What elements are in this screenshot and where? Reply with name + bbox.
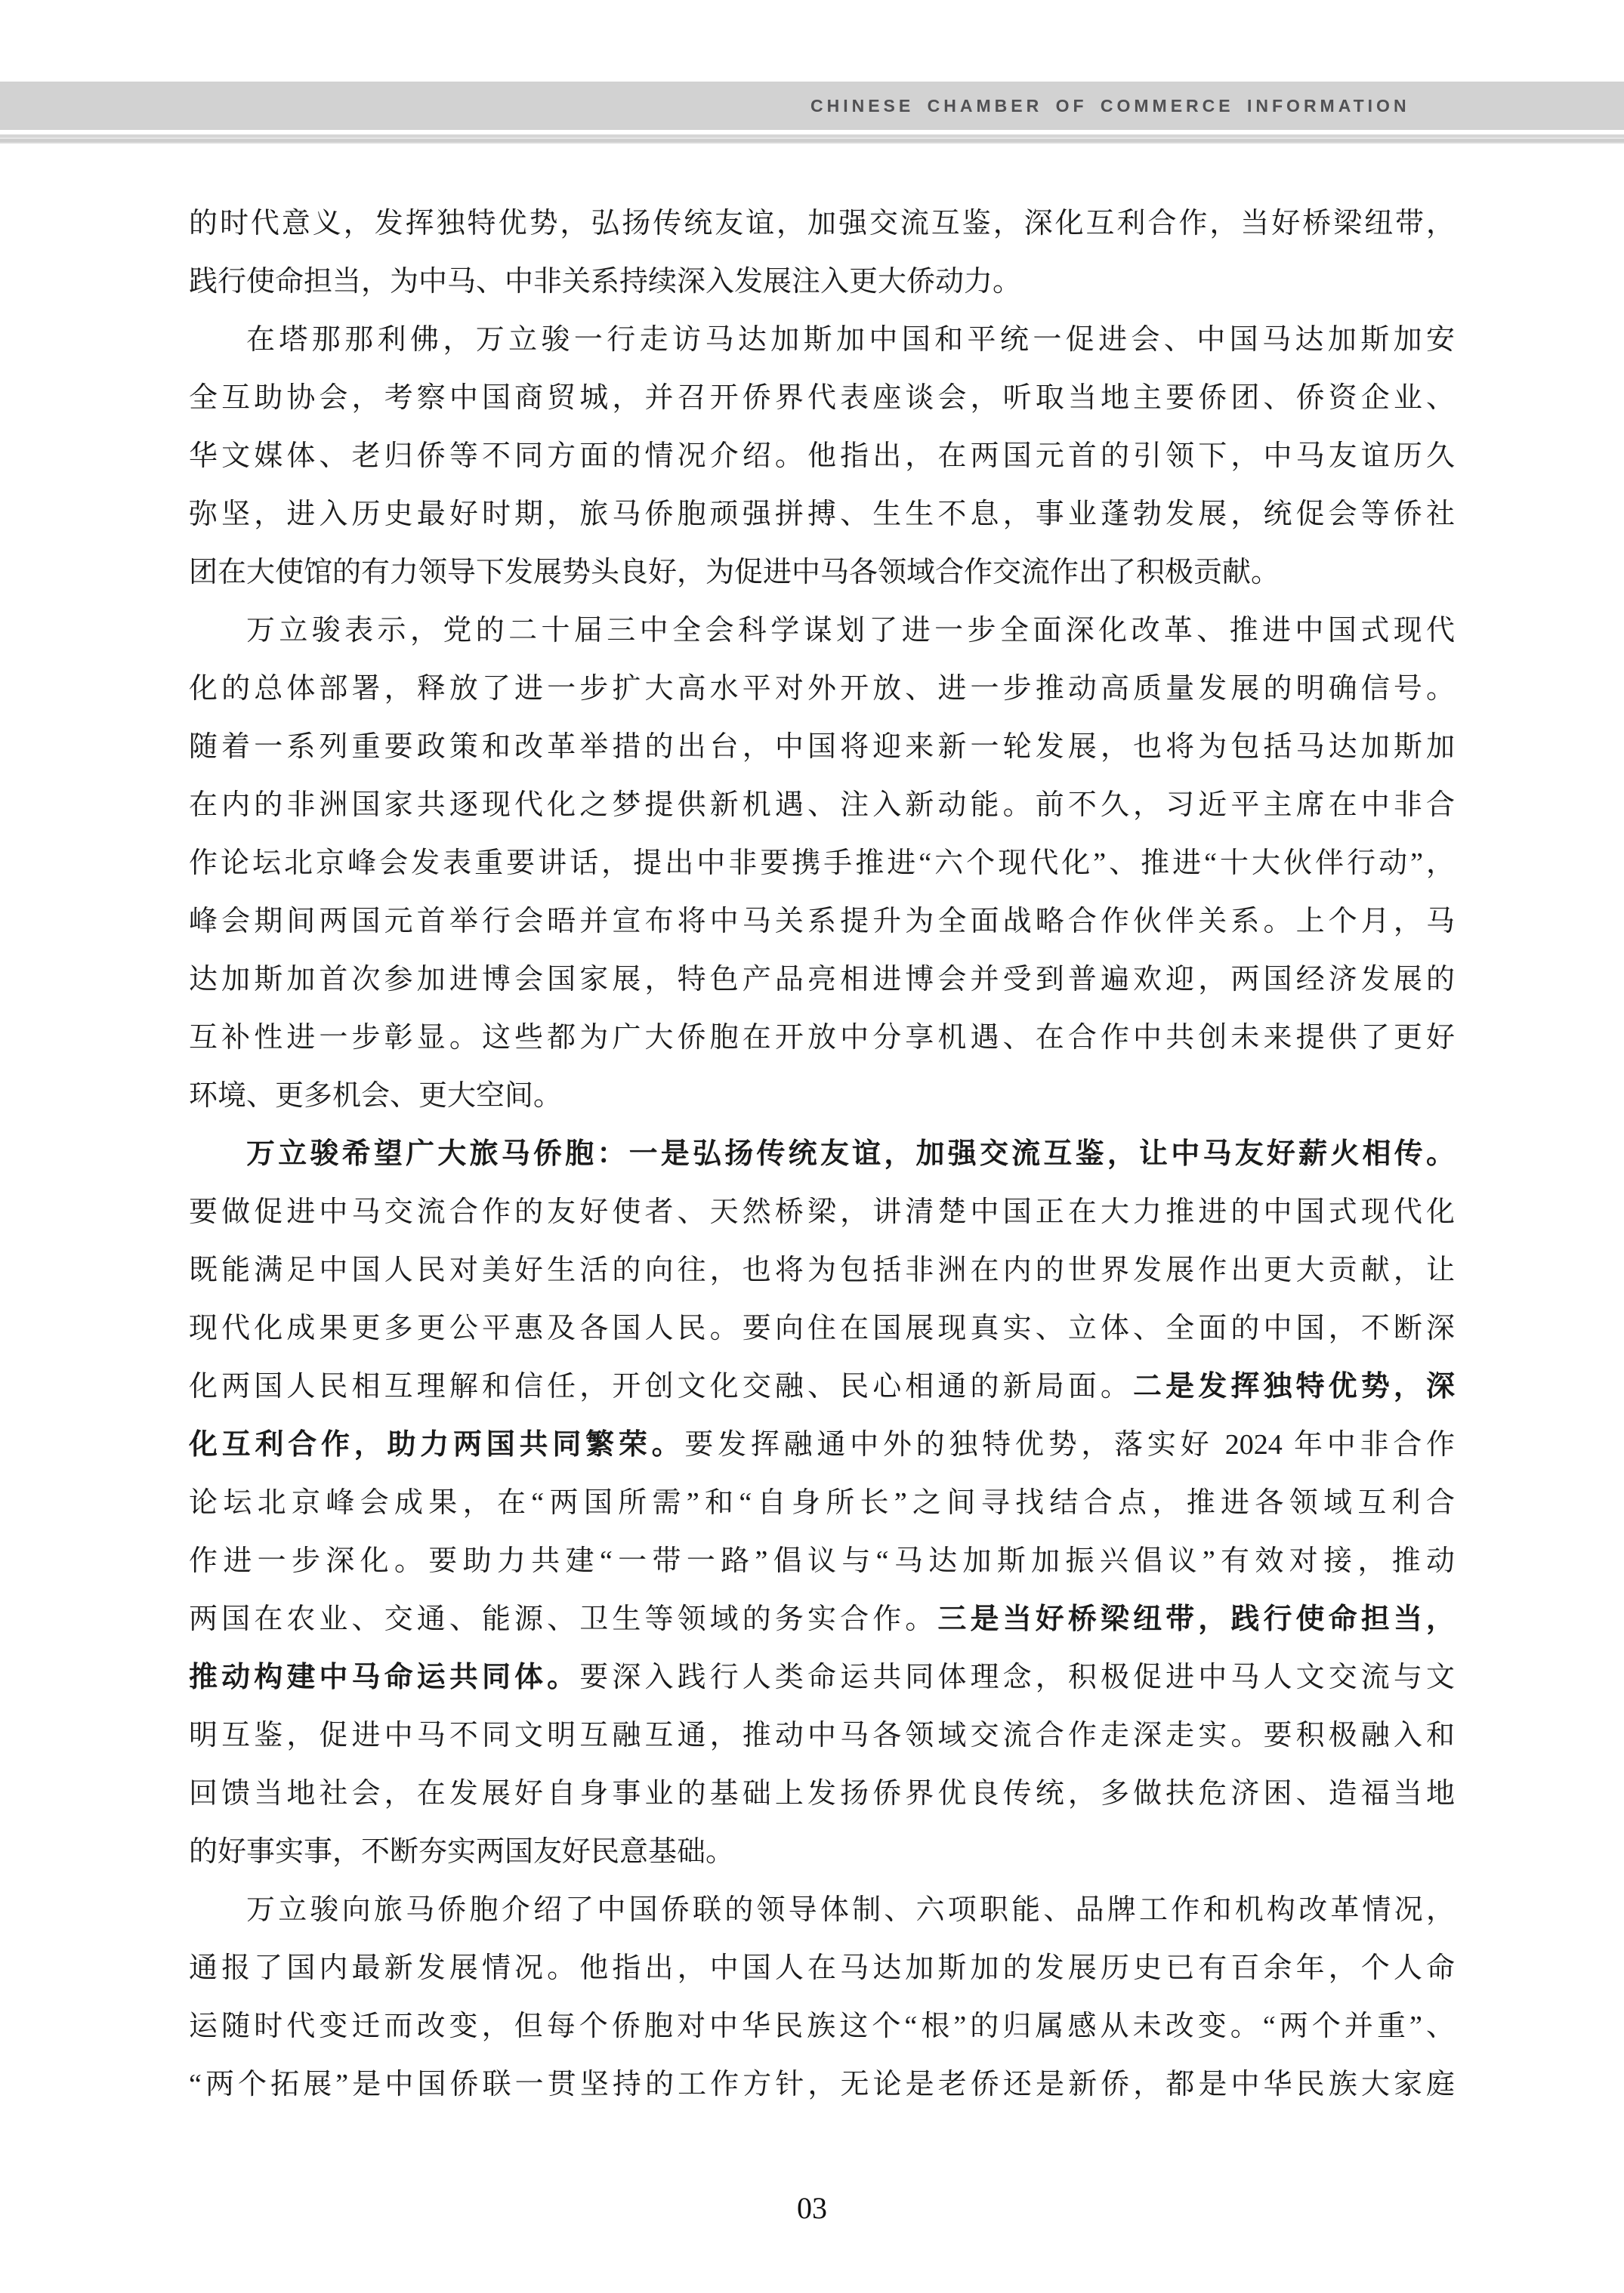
text-run: 的好事实事，不断夯实两国友好民意基础。 bbox=[189, 1836, 734, 1868]
text-line: 回馈当地社会，在发展好自身事业的基础上发扬侨界优良传统，多做扶危济困、造福当地 bbox=[189, 1765, 1455, 1823]
text-run: 化两国人民相互理解和信任，开创文化交融、民心相通的新局面。 bbox=[189, 1371, 1133, 1403]
text-run: 通报了国内最新发展情况。他指出，中国人在马达加斯加的发展历史已有百余年，个人命 bbox=[189, 1952, 1455, 1984]
page-number: 03 bbox=[0, 2189, 1624, 2228]
text-run: 互补性进一步彰显。这些都为广大侨胞在开放中分享机遇、在合作中共创未来提供了更好 bbox=[189, 1022, 1455, 1054]
text-run: 作论坛北京峰会发表重要讲话，提出中非要携手推进“六个现代化”、推进“十大伙伴行动… bbox=[189, 847, 1455, 879]
text-run: 的时代意义，发挥独特优势，弘扬传统友谊，加强交流互鉴，深化互利合作，当好桥梁纽带… bbox=[189, 208, 1455, 239]
text-run: 践行使命担当，为中马、中非关系持续深入发展注入更大侨动力。 bbox=[189, 266, 1021, 298]
text-run: 回馈当地社会，在发展好自身事业的基础上发扬侨界优良传统，多做扶危济困、造福当地 bbox=[189, 1778, 1455, 1810]
text-run: 化的总体部署，释放了进一步扩大高水平对外开放、进一步推动高质量发展的明确信号。 bbox=[189, 673, 1455, 705]
text-line: 万立骏希望广大旅马侨胞：一是弘扬传统友谊，加强交流互鉴，让中马友好薪火相传。 bbox=[189, 1125, 1455, 1184]
bold-text-run: 万立骏希望广大旅马侨胞：一是弘扬传统友谊，加强交流互鉴，让中马友好薪火相传。 bbox=[246, 1138, 1455, 1170]
text-line: 弥坚，进入历史最好时期，旅马侨胞顽强拼搏、生生不息，事业蓬勃发展，统促会等侨社 bbox=[189, 486, 1455, 544]
text-run: 环境、更多机会、更大空间。 bbox=[189, 1080, 562, 1112]
header-divider-band bbox=[0, 134, 1624, 144]
text-run: 要深入践行人类命运共同体理念，积极促进中马人文交流与文 bbox=[579, 1662, 1455, 1693]
text-line: 运随时代变迁而改变，但每个侨胞对中华民族这个“根”的归属感从未改变。“两个并重”… bbox=[189, 1998, 1455, 2056]
text-line: 作论坛北京峰会发表重要讲话，提出中非要携手推进“六个现代化”、推进“十大伙伴行动… bbox=[189, 835, 1455, 893]
text-line: 通报了国内最新发展情况。他指出，中国人在马达加斯加的发展历史已有百余年，个人命 bbox=[189, 1940, 1455, 1998]
text-run: 要发挥融通中外的独特优势，落实好 2024 年中非合作 bbox=[684, 1429, 1455, 1461]
text-line: 的好事实事，不断夯实两国友好民意基础。 bbox=[189, 1823, 1455, 1881]
text-line: 环境、更多机会、更大空间。 bbox=[189, 1067, 1455, 1125]
text-line: 峰会期间两国元首举行会晤并宣布将中马关系提升为全面战略合作伙伴关系。上个月，马 bbox=[189, 893, 1455, 951]
text-run: 峰会期间两国元首举行会晤并宣布将中马关系提升为全面战略合作伙伴关系。上个月，马 bbox=[189, 906, 1455, 937]
text-line: 化互利合作，助力两国共同繁荣。要发挥融通中外的独特优势，落实好 2024 年中非… bbox=[189, 1416, 1455, 1474]
text-run: 既能满足中国人民对美好生活的向往，也将为包括非洲在内的世界发展作出更大贡献，让 bbox=[189, 1255, 1455, 1286]
text-run: 在内的非洲国家共逐现代化之梦提供新机遇、注入新动能。前不久，习近平主席在中非合 bbox=[189, 789, 1455, 821]
text-line: 全互助协会，考察中国商贸城，并召开侨界代表座谈会，听取当地主要侨团、侨资企业、 bbox=[189, 369, 1455, 427]
text-line: 明互鉴，促进中马不同文明互融互通，推动中马各领域交流合作走深走实。要积极融入和 bbox=[189, 1707, 1455, 1765]
text-line: 两国在农业、交通、能源、卫生等领域的务实合作。三是当好桥梁纽带，践行使命担当， bbox=[189, 1591, 1455, 1649]
text-line: 既能满足中国人民对美好生活的向往，也将为包括非洲在内的世界发展作出更大贡献，让 bbox=[189, 1242, 1455, 1300]
text-run: 团在大使馆的有力领导下发展势头良好，为促进中马各领域合作交流作出了积极贡献。 bbox=[189, 557, 1280, 588]
bold-text-run: 二是发挥独特优势，深 bbox=[1133, 1371, 1455, 1403]
text-line: 团在大使馆的有力领导下发展势头良好，为促进中马各领域合作交流作出了积极贡献。 bbox=[189, 544, 1455, 602]
bold-text-run: 化互利合作，助力两国共同繁荣。 bbox=[189, 1429, 684, 1461]
text-run: 两国在农业、交通、能源、卫生等领域的务实合作。 bbox=[189, 1603, 937, 1635]
text-line: 的时代意义，发挥独特优势，弘扬传统友谊，加强交流互鉴，深化互利合作，当好桥梁纽带… bbox=[189, 195, 1455, 253]
text-line: 化两国人民相互理解和信任，开创文化交融、民心相通的新局面。二是发挥独特优势，深 bbox=[189, 1358, 1455, 1416]
text-run: 运随时代变迁而改变，但每个侨胞对中华民族这个“根”的归属感从未改变。“两个并重”… bbox=[189, 2011, 1455, 2042]
text-line: 作进一步深化。要助力共建“一带一路”倡议与“马达加斯加振兴倡议”有效对接，推动 bbox=[189, 1532, 1455, 1591]
text-line: 论坛北京峰会成果，在“两国所需”和“自身所长”之间寻找结合点，推进各领域互利合 bbox=[189, 1474, 1455, 1532]
text-run: 在塔那那利佛，万立骏一行走访马达加斯加中国和平统一促进会、中国马达加斯加安 bbox=[246, 324, 1455, 356]
text-line: 在内的非洲国家共逐现代化之梦提供新机遇、注入新动能。前不久，习近平主席在中非合 bbox=[189, 776, 1455, 835]
text-run: 要做促进中马交流合作的友好使者、天然桥梁，讲清楚中国正在大力推进的中国式现代化 bbox=[189, 1196, 1455, 1228]
text-run: 万立骏向旅马侨胞介绍了中国侨联的领导体制、六项职能、品牌工作和机构改革情况， bbox=[246, 1894, 1455, 1926]
text-line: 现代化成果更多更公平惠及各国人民。要向住在国展现真实、立体、全面的中国，不断深 bbox=[189, 1300, 1455, 1358]
text-line: 化的总体部署，释放了进一步扩大高水平对外开放、进一步推动高质量发展的明确信号。 bbox=[189, 660, 1455, 718]
text-line: 推动构建中马命运共同体。要深入践行人类命运共同体理念，积极促进中马人文交流与文 bbox=[189, 1649, 1455, 1707]
text-line: 万立骏向旅马侨胞介绍了中国侨联的领导体制、六项职能、品牌工作和机构改革情况， bbox=[189, 1881, 1455, 1940]
document-page: { "colors": { "band": "#d2d2d2", "header… bbox=[0, 0, 1624, 2293]
text-run: “两个拓展”是中国侨联一贯坚持的工作方针，无论是老侨还是新侨，都是中华民族大家庭 bbox=[189, 2069, 1455, 2100]
bold-text-run: 推动构建中马命运共同体。 bbox=[189, 1662, 579, 1693]
text-line: 随着一系列重要政策和改革举措的出台，中国将迎来新一轮发展，也将为包括马达加斯加 bbox=[189, 718, 1455, 776]
text-run: 明互鉴，促进中马不同文明互融互通，推动中马各领域交流合作走深走实。要积极融入和 bbox=[189, 1720, 1455, 1751]
text-run: 随着一系列重要政策和改革举措的出台，中国将迎来新一轮发展，也将为包括马达加斯加 bbox=[189, 731, 1455, 763]
text-run: 弥坚，进入历史最好时期，旅马侨胞顽强拼搏、生生不息，事业蓬勃发展，统促会等侨社 bbox=[189, 498, 1455, 530]
text-run: 达加斯加首次参加进博会国家展，特色产品亮相进博会并受到普遍欢迎，两国经济发展的 bbox=[189, 964, 1455, 995]
bold-text-run: 三是当好桥梁纽带，践行使命担当， bbox=[937, 1603, 1455, 1635]
journal-header-title: CHINESE CHAMBER OF COMMERCE INFORMATION bbox=[810, 82, 1410, 130]
text-run: 作进一步深化。要助力共建“一带一路”倡议与“马达加斯加振兴倡议”有效对接，推动 bbox=[189, 1545, 1455, 1577]
text-line: 万立骏表示，党的二十届三中全会科学谋划了进一步全面深化改革、推进中国式现代 bbox=[189, 602, 1455, 660]
text-line: “两个拓展”是中国侨联一贯坚持的工作方针，无论是老侨还是新侨，都是中华民族大家庭 bbox=[189, 2056, 1455, 2114]
text-run: 华文媒体、老归侨等不同方面的情况介绍。他指出，在两国元首的引领下，中马友谊历久 bbox=[189, 440, 1455, 472]
text-run: 全互助协会，考察中国商贸城，并召开侨界代表座谈会，听取当地主要侨团、侨资企业、 bbox=[189, 382, 1455, 414]
text-line: 达加斯加首次参加进博会国家展，特色产品亮相进博会并受到普遍欢迎，两国经济发展的 bbox=[189, 951, 1455, 1009]
text-run: 论坛北京峰会成果，在“两国所需”和“自身所长”之间寻找结合点，推进各领域互利合 bbox=[189, 1487, 1455, 1519]
text-line: 在塔那那利佛，万立骏一行走访马达加斯加中国和平统一促进会、中国马达加斯加安 bbox=[189, 311, 1455, 369]
text-line: 要做促进中马交流合作的友好使者、天然桥梁，讲清楚中国正在大力推进的中国式现代化 bbox=[189, 1184, 1455, 1242]
text-run: 万立骏表示，党的二十届三中全会科学谋划了进一步全面深化改革、推进中国式现代 bbox=[246, 615, 1455, 647]
text-line: 华文媒体、老归侨等不同方面的情况介绍。他指出，在两国元首的引领下，中马友谊历久 bbox=[189, 427, 1455, 486]
text-run: 现代化成果更多更公平惠及各国人民。要向住在国展现真实、立体、全面的中国，不断深 bbox=[189, 1313, 1455, 1344]
header-band: CHINESE CHAMBER OF COMMERCE INFORMATION bbox=[0, 82, 1624, 130]
text-line: 践行使命担当，为中马、中非关系持续深入发展注入更大侨动力。 bbox=[189, 253, 1455, 311]
text-line: 互补性进一步彰显。这些都为广大侨胞在开放中分享机遇、在合作中共创未来提供了更好 bbox=[189, 1009, 1455, 1067]
article-body: 的时代意义，发挥独特优势，弘扬传统友谊，加强交流互鉴，深化互利合作，当好桥梁纽带… bbox=[189, 195, 1455, 2114]
